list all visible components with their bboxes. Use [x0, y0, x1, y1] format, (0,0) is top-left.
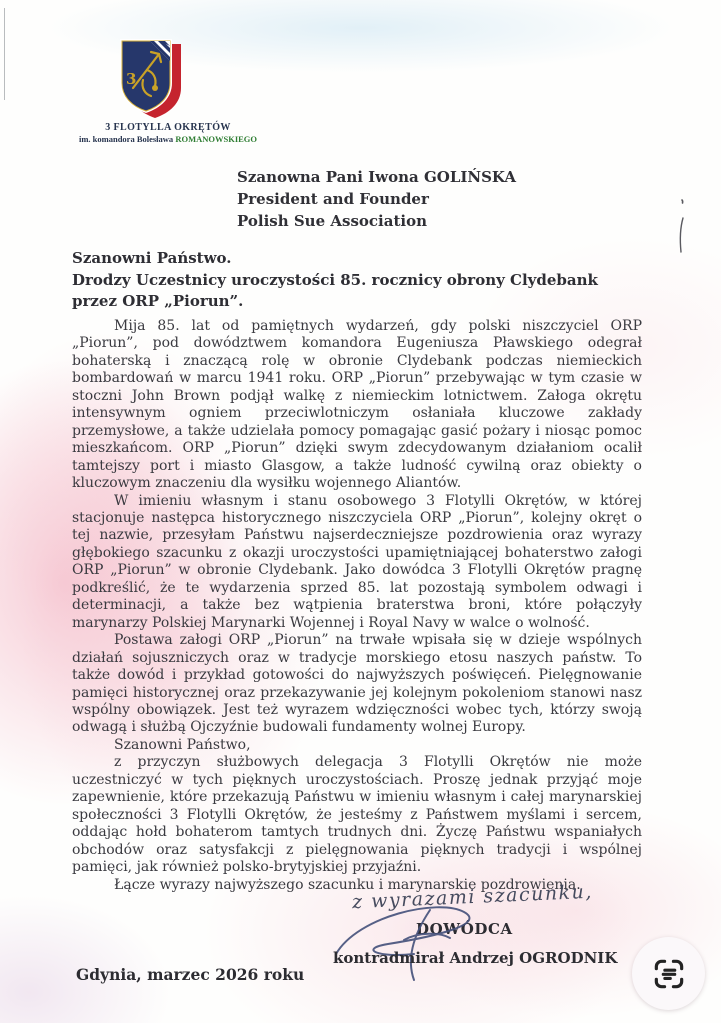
scan-text-icon [650, 955, 688, 993]
paragraph-3: Postawa załogi ORP „Piorun” na trwałe wp… [72, 632, 642, 737]
salutation-line3: przez ORP „Piorun”. [72, 291, 598, 313]
scan-artifact-line [4, 8, 5, 100]
salutation-line2: Drodzy Uczestnicy uroczystości 85. roczn… [72, 270, 598, 292]
salutation-line1: Szanowni Państwo. [72, 248, 598, 270]
letterhead-caption: 3 FLOTYLLA OKRĘTÓW im. komandora Bolesła… [40, 122, 296, 144]
recipient-name: Szanowna Pani Iwona GOLIŃSKA [237, 166, 516, 188]
patron-name: ROMANOWSKIEGO [175, 134, 257, 144]
paragraph-4: Szanowni Państwo, [72, 737, 642, 754]
signer-name: kontradmirał Andrzej OGRODNIK [333, 949, 617, 967]
unit-name: 3 FLOTYLLA OKRĘTÓW [40, 122, 296, 133]
scanned-letter-page: 3 3 FLOTYLLA OKRĘTÓW im. komandora Boles… [0, 0, 721, 1023]
patron-prefix: im. komandora Bolesława [79, 134, 173, 144]
recipient-organization: Polish Sue Association [237, 210, 516, 232]
paragraph-5: z przyczyn służbowych delegacja 3 Flotyl… [72, 754, 642, 876]
svg-text:3: 3 [126, 70, 136, 88]
place-date: Gdynia, marzec 2026 roku [76, 965, 304, 984]
signer-title: DOWÓDCA [416, 920, 513, 938]
patron-line: im. komandora Bolesława ROMANOWSKIEGO [40, 134, 296, 144]
paragraph-2: W imieniu własnym i stanu osobowego 3 Fl… [72, 493, 642, 633]
paragraph-1: Mija 85. lat od pamiętnych wydarzeń, gdy… [72, 318, 642, 493]
recipient-title: President and Founder [237, 188, 516, 210]
pen-mark-artifact [668, 196, 694, 258]
letter-body: Mija 85. lat od pamiętnych wydarzeń, gdy… [72, 318, 642, 894]
naval-flotilla-crest-icon: 3 [113, 36, 195, 122]
scan-text-button[interactable] [632, 937, 705, 1010]
recipient-block: Szanowna Pani Iwona GOLIŃSKA President a… [237, 166, 516, 232]
salutation-block: Szanowni Państwo. Drodzy Uczestnicy uroc… [72, 248, 598, 313]
